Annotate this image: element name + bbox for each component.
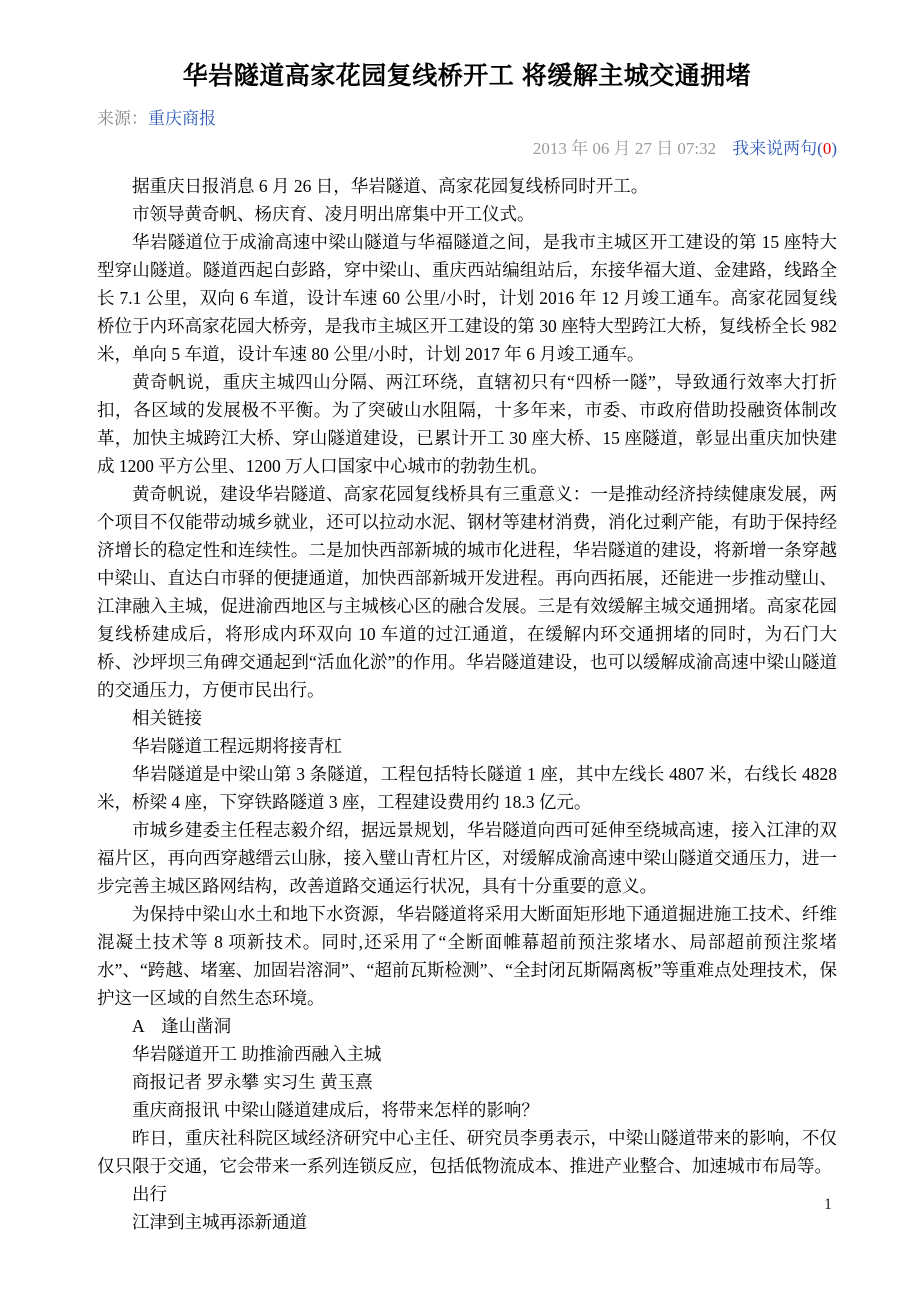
paragraph: 华岩隧道位于成渝高速中梁山隧道与华福隧道之间，是我市主城区开工建设的第 15 座… [97, 228, 837, 368]
paragraph: 华岩隧道是中梁山第 3 条隧道，工程包括特长隧道 1 座，其中左线长 4807 … [97, 760, 837, 816]
paragraph: 黄奇帆说，重庆主城四山分隔、两江环绕，直辖初只有“四桥一隧”，导致通行效率大打折… [97, 368, 837, 480]
article-body: 据重庆日报消息 6 月 26 日，华岩隧道、高家花园复线桥同时开工。 市领导黄奇… [97, 172, 837, 1236]
date-line: 2013 年 06 月 27 日 07:32我来说两句(0) [97, 136, 837, 162]
paragraph: A 逢山凿洞 [97, 1012, 837, 1040]
paragraph: 市城乡建委主任程志毅介绍，据远景规划，华岩隧道向西可延伸至绕城高速，接入江津的双… [97, 816, 837, 900]
paragraph: 为保持中梁山水土和地下水资源，华岩隧道将采用大断面矩形地下通道掘进施工技术、纤维… [97, 900, 837, 1012]
paragraph: 华岩隧道开工 助推渝西融入主城 [97, 1040, 837, 1068]
comment-paren-close: ) [831, 139, 837, 158]
source-link[interactable]: 重庆商报 [148, 109, 216, 128]
document-page: 华岩隧道高家花园复线桥开工 将缓解主城交通拥堵 来源：重庆商报 2013 年 0… [0, 0, 920, 1302]
source-label: 来源： [97, 109, 148, 128]
paragraph: 华岩隧道工程远期将接青杠 [97, 732, 837, 760]
paragraph: 重庆商报讯 中梁山隧道建成后，将带来怎样的影响？ [97, 1096, 837, 1124]
paragraph: 昨日，重庆社科院区域经济研究中心主任、研究员李勇表示，中梁山隧道带来的影响，不仅… [97, 1124, 837, 1180]
paragraph: 据重庆日报消息 6 月 26 日，华岩隧道、高家花园复线桥同时开工。 [97, 172, 837, 200]
document-content: 华岩隧道高家花园复线桥开工 将缓解主城交通拥堵 来源：重庆商报 2013 年 0… [0, 0, 920, 1236]
paragraph: 江津到主城再添新通道 [97, 1208, 837, 1236]
comments-link-label[interactable]: 我来说两句 [732, 139, 817, 158]
page-number: 1 [824, 1196, 832, 1214]
source-line: 来源：重庆商报 [97, 106, 837, 132]
paragraph: 商报记者 罗永攀 实习生 黄玉熹 [97, 1068, 837, 1096]
publish-datetime: 2013 年 06 月 27 日 07:32 [533, 139, 716, 158]
paragraph: 相关链接 [97, 704, 837, 732]
paragraph: 黄奇帆说，建设华岩隧道、高家花园复线桥具有三重意义：一是推动经济持续健康发展，两… [97, 480, 837, 704]
paragraph: 出行 [97, 1180, 837, 1208]
comments-link[interactable]: 我来说两句(0) [732, 139, 837, 158]
page-title: 华岩隧道高家花园复线桥开工 将缓解主城交通拥堵 [97, 58, 837, 94]
paragraph: 市领导黄奇帆、杨庆育、凌月明出席集中开工仪式。 [97, 200, 837, 228]
